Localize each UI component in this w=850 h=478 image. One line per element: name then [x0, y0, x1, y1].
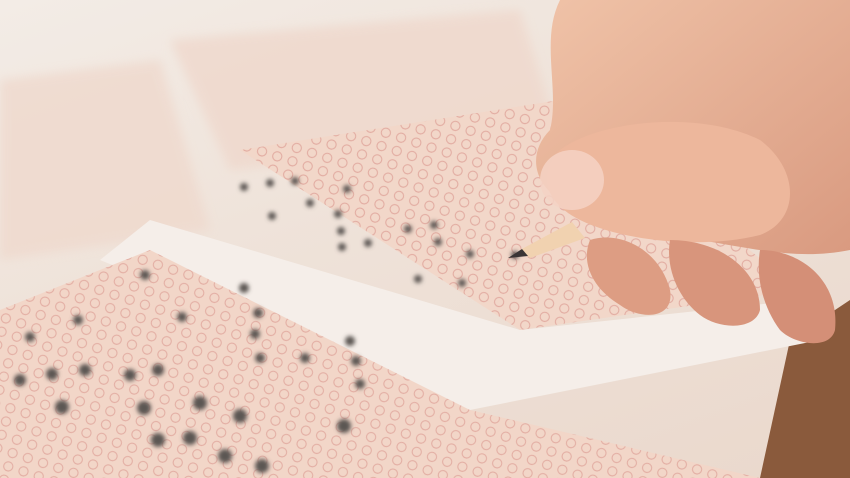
photo-illustration	[0, 0, 850, 478]
answer-sheet-photo	[0, 0, 850, 478]
